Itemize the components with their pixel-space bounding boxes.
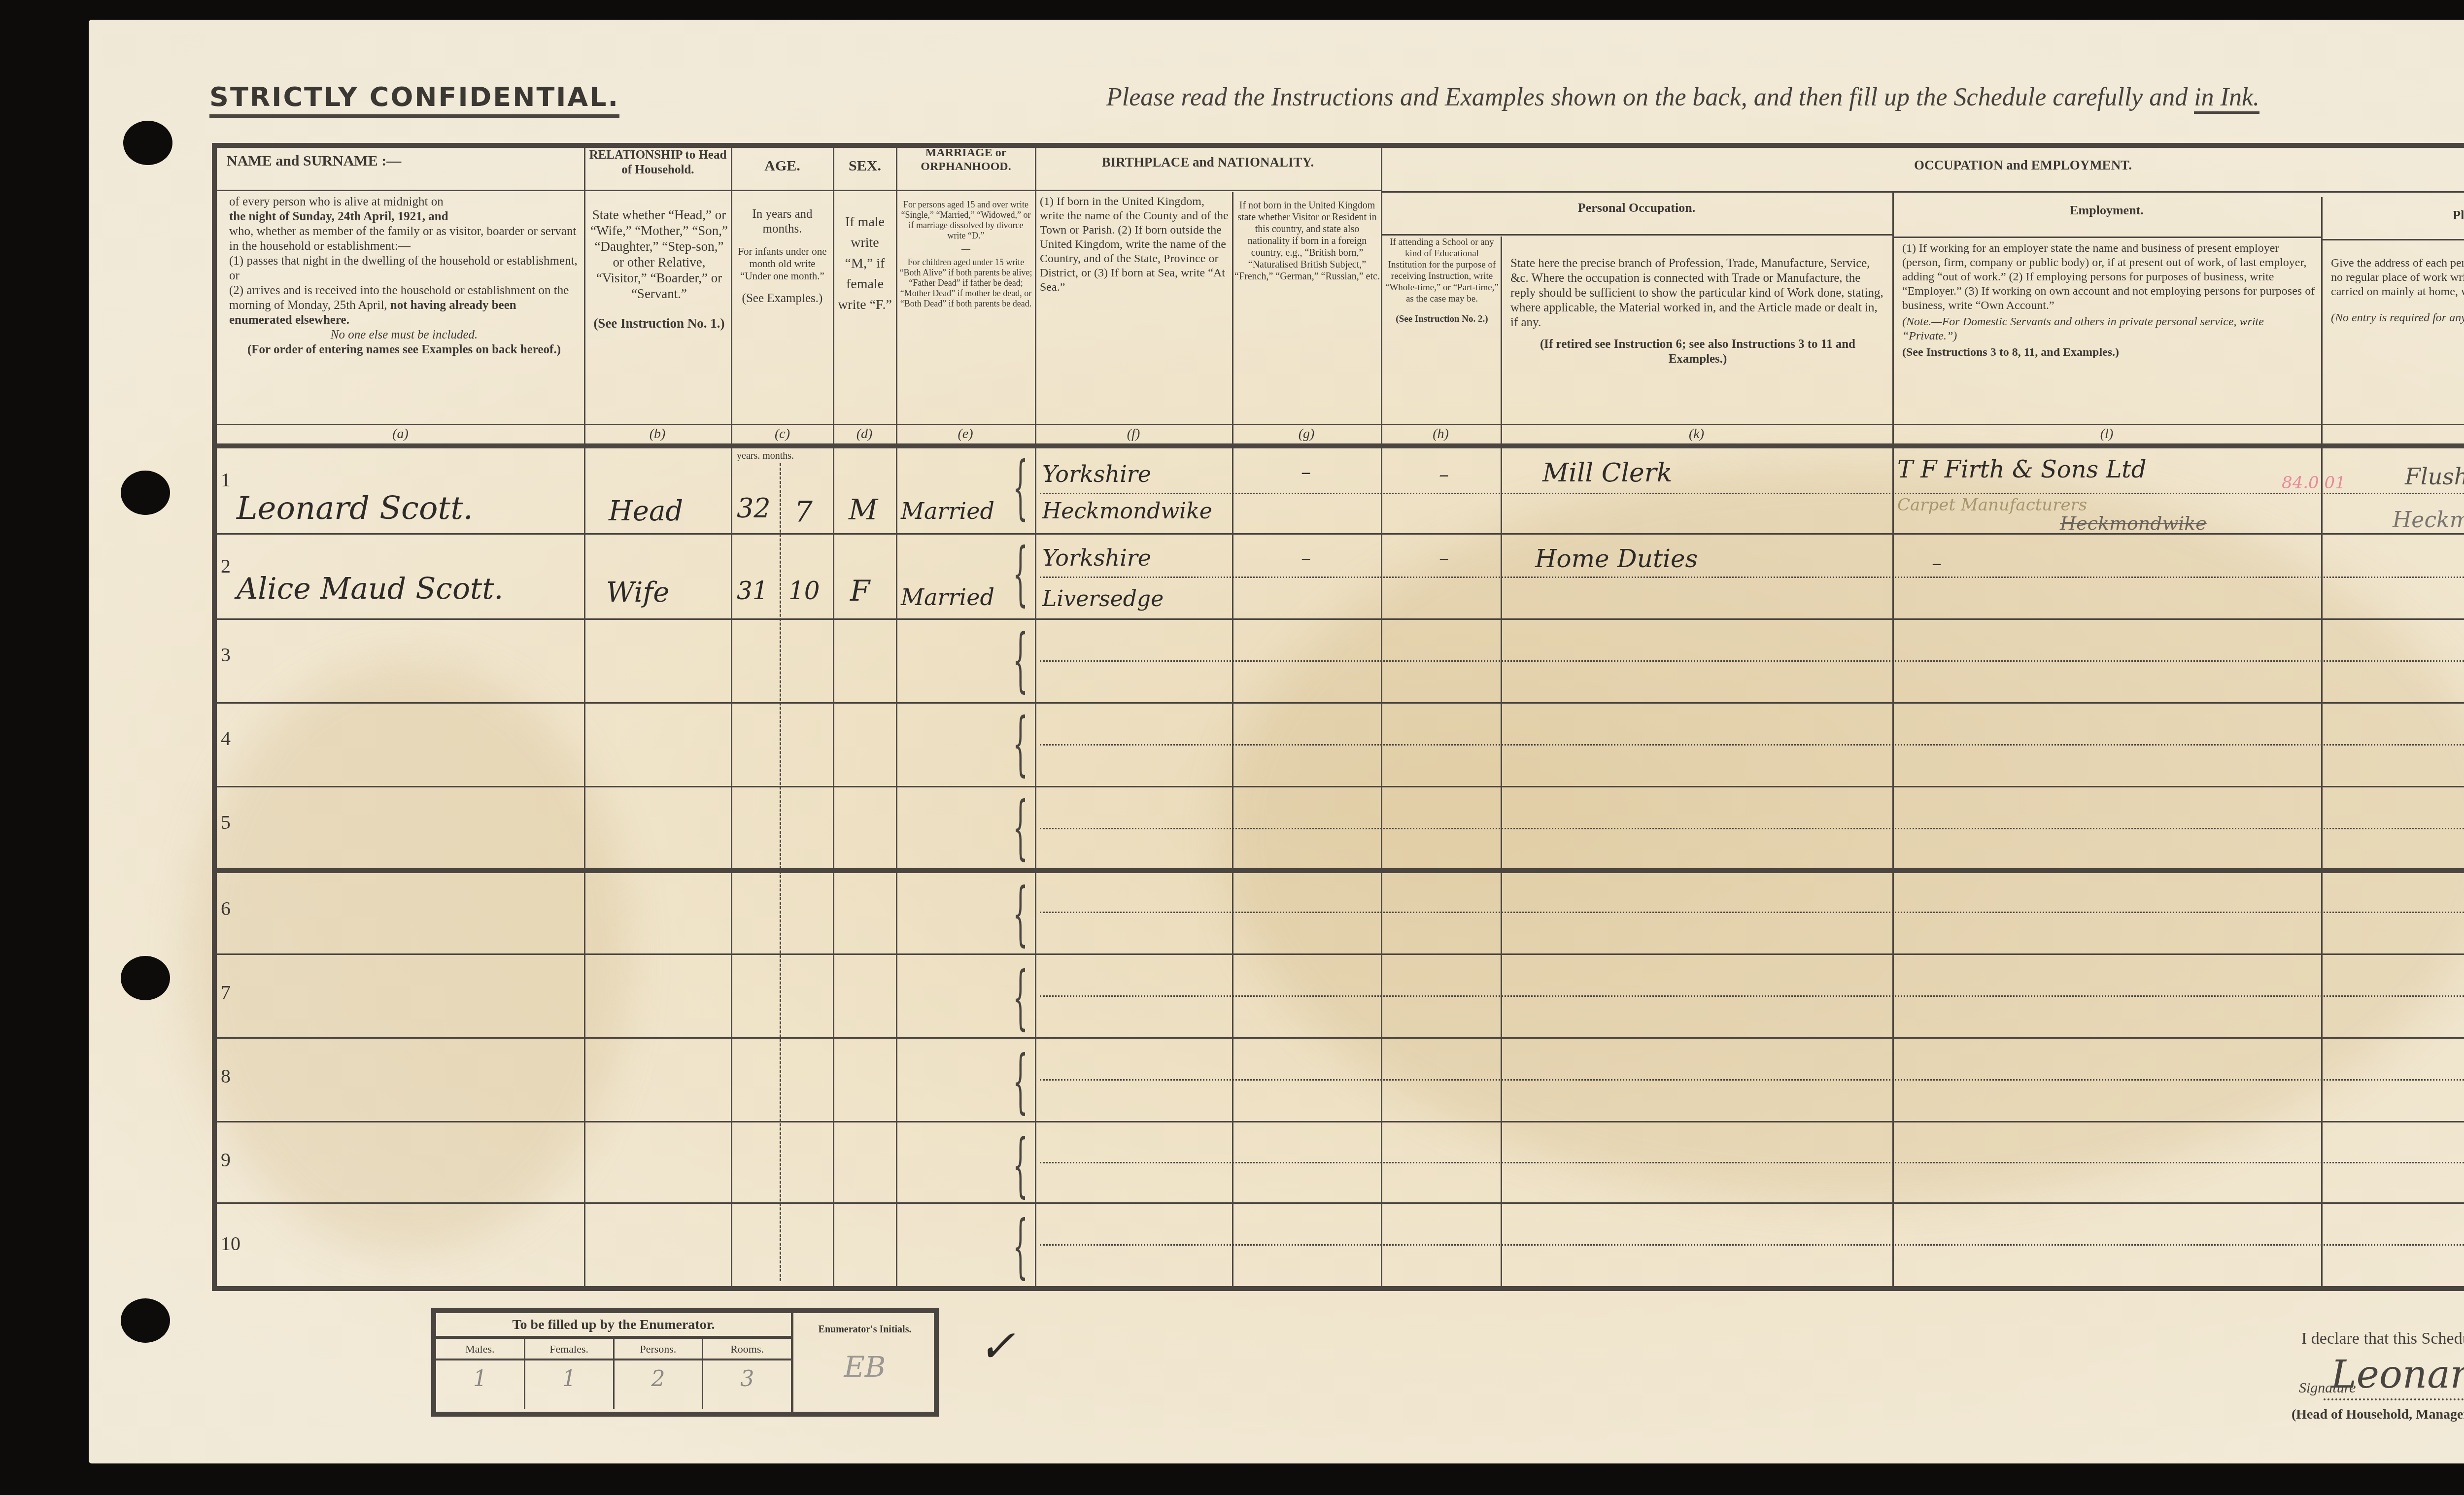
row-divider-thick	[217, 868, 2464, 873]
col-divider	[731, 148, 732, 1286]
row-divider	[217, 786, 2464, 787]
row-divider	[217, 1037, 2464, 1039]
age-instructions: In years and months. For infants under o…	[734, 207, 830, 306]
school-instructions: If attending a School or any kind of Edu…	[1385, 237, 1499, 325]
checkmark-icon: ✓	[978, 1321, 1015, 1372]
personal-occupation-instructions: State here the precise branch of Profess…	[1510, 256, 1885, 367]
age-months-cell[interactable]: 7	[794, 495, 813, 529]
row-divider	[217, 618, 2464, 620]
employer-town-cell[interactable]: Heckmondwike	[2060, 512, 2207, 534]
punch-hole	[121, 1298, 170, 1343]
row-divider	[217, 702, 2464, 704]
nationality-cell[interactable]: –	[1301, 547, 1311, 570]
age-years-months-divider	[780, 463, 781, 1281]
marriage-cell[interactable]: Married	[901, 584, 994, 611]
header-rule	[1892, 237, 2321, 238]
school-cell[interactable]: –	[1439, 547, 1449, 570]
col-divider	[2321, 197, 2323, 1286]
row-divider	[217, 953, 2464, 955]
relationship-cell[interactable]: Head	[609, 495, 683, 527]
confidential-heading: STRICTLY CONFIDENTIAL.	[209, 81, 619, 118]
signature-note: (Head of Household, Manager of Establish…	[2292, 1407, 2464, 1423]
enumerator-totals-box: To be filled up by the Enumerator. Males…	[431, 1308, 939, 1417]
header-rule	[2321, 239, 2464, 240]
nationality-cell[interactable]: –	[1301, 461, 1311, 483]
marriage-instructions: For persons aged 15 and over write “Sing…	[899, 200, 1033, 309]
employer-name-cell[interactable]: T F Firth & Sons Ltd	[1897, 456, 2146, 483]
col-divider	[1381, 148, 1382, 1286]
header-rule	[217, 424, 2464, 425]
birthplace-county-cell[interactable]: Yorkshire	[1042, 544, 1151, 571]
red-stamp-code: 84.0 01	[2282, 473, 2346, 493]
col-divider	[896, 148, 897, 1286]
employment-instructions: (1) If working for an employer state the…	[1902, 241, 2316, 360]
sex-cell[interactable]: M	[849, 493, 878, 526]
header-bottom-rule	[217, 443, 2464, 448]
signature-field[interactable]: Leonard Scott.	[2331, 1353, 2464, 1397]
row-divider	[217, 1121, 2464, 1122]
row-divider	[217, 1202, 2464, 1204]
age-years-cell[interactable]: 32	[737, 493, 771, 524]
col-divider	[1501, 237, 1502, 1286]
header-rule	[1035, 190, 1381, 191]
place-of-work-cell[interactable]: Flush Mills	[2405, 463, 2464, 490]
school-cell[interactable]: –	[1439, 463, 1449, 486]
rooms-count[interactable]: 3	[703, 1360, 791, 1392]
punch-hole	[123, 121, 172, 165]
females-count[interactable]: 1	[525, 1360, 613, 1392]
relationship-instructions: State whether “Head,” or “Wife,” “Mother…	[589, 207, 729, 331]
birthplace-town-cell[interactable]: Liversedge	[1042, 586, 1164, 612]
occupation-cell[interactable]: Mill Clerk	[1542, 458, 1672, 488]
header-rule	[1381, 234, 1892, 236]
males-count[interactable]: 1	[436, 1360, 524, 1392]
col-divider	[1035, 148, 1036, 1286]
birthplace-county-cell[interactable]: Yorkshire	[1042, 461, 1151, 487]
instruction-line: Please read the Instructions and Example…	[1106, 83, 2259, 112]
marriage-cell[interactable]: Married	[901, 498, 994, 524]
age-months-cell[interactable]: 10	[788, 577, 820, 605]
birthplace-town-cell[interactable]: Heckmondwike	[1042, 499, 1212, 524]
age-years-cell[interactable]: 31	[737, 577, 768, 605]
enumerator-initials[interactable]: EB	[796, 1335, 934, 1384]
sex-cell[interactable]: F	[850, 574, 870, 608]
name-cell[interactable]: Alice Maud Scott.	[237, 572, 503, 606]
place-of-work-instructions: Give the address of each person’s place …	[2331, 256, 2464, 325]
occupation-cell[interactable]: Home Duties	[1535, 544, 1698, 573]
punch-hole	[121, 471, 170, 515]
name-instructions: of every person who is alive at midnight…	[229, 195, 579, 357]
punch-hole	[121, 956, 170, 1000]
employer-name-cell[interactable]: –	[1932, 552, 1942, 575]
employer-business-cell[interactable]: Carpet Manufacturers	[1897, 495, 2087, 515]
header-rule	[217, 190, 1035, 191]
relationship-cell[interactable]: Wife	[606, 577, 669, 609]
place-of-work-town-cell[interactable]: Heckmondwike	[2393, 508, 2464, 533]
declaration-text: I declare that this Schedule is correctl…	[2301, 1329, 2464, 1348]
col-divider	[584, 148, 585, 1286]
signature-line	[2324, 1398, 2464, 1400]
col-divider	[833, 148, 834, 1286]
header-rule	[1381, 191, 2464, 193]
name-cell[interactable]: Leonard Scott.	[237, 490, 473, 527]
persons-count[interactable]: 2	[615, 1360, 702, 1392]
